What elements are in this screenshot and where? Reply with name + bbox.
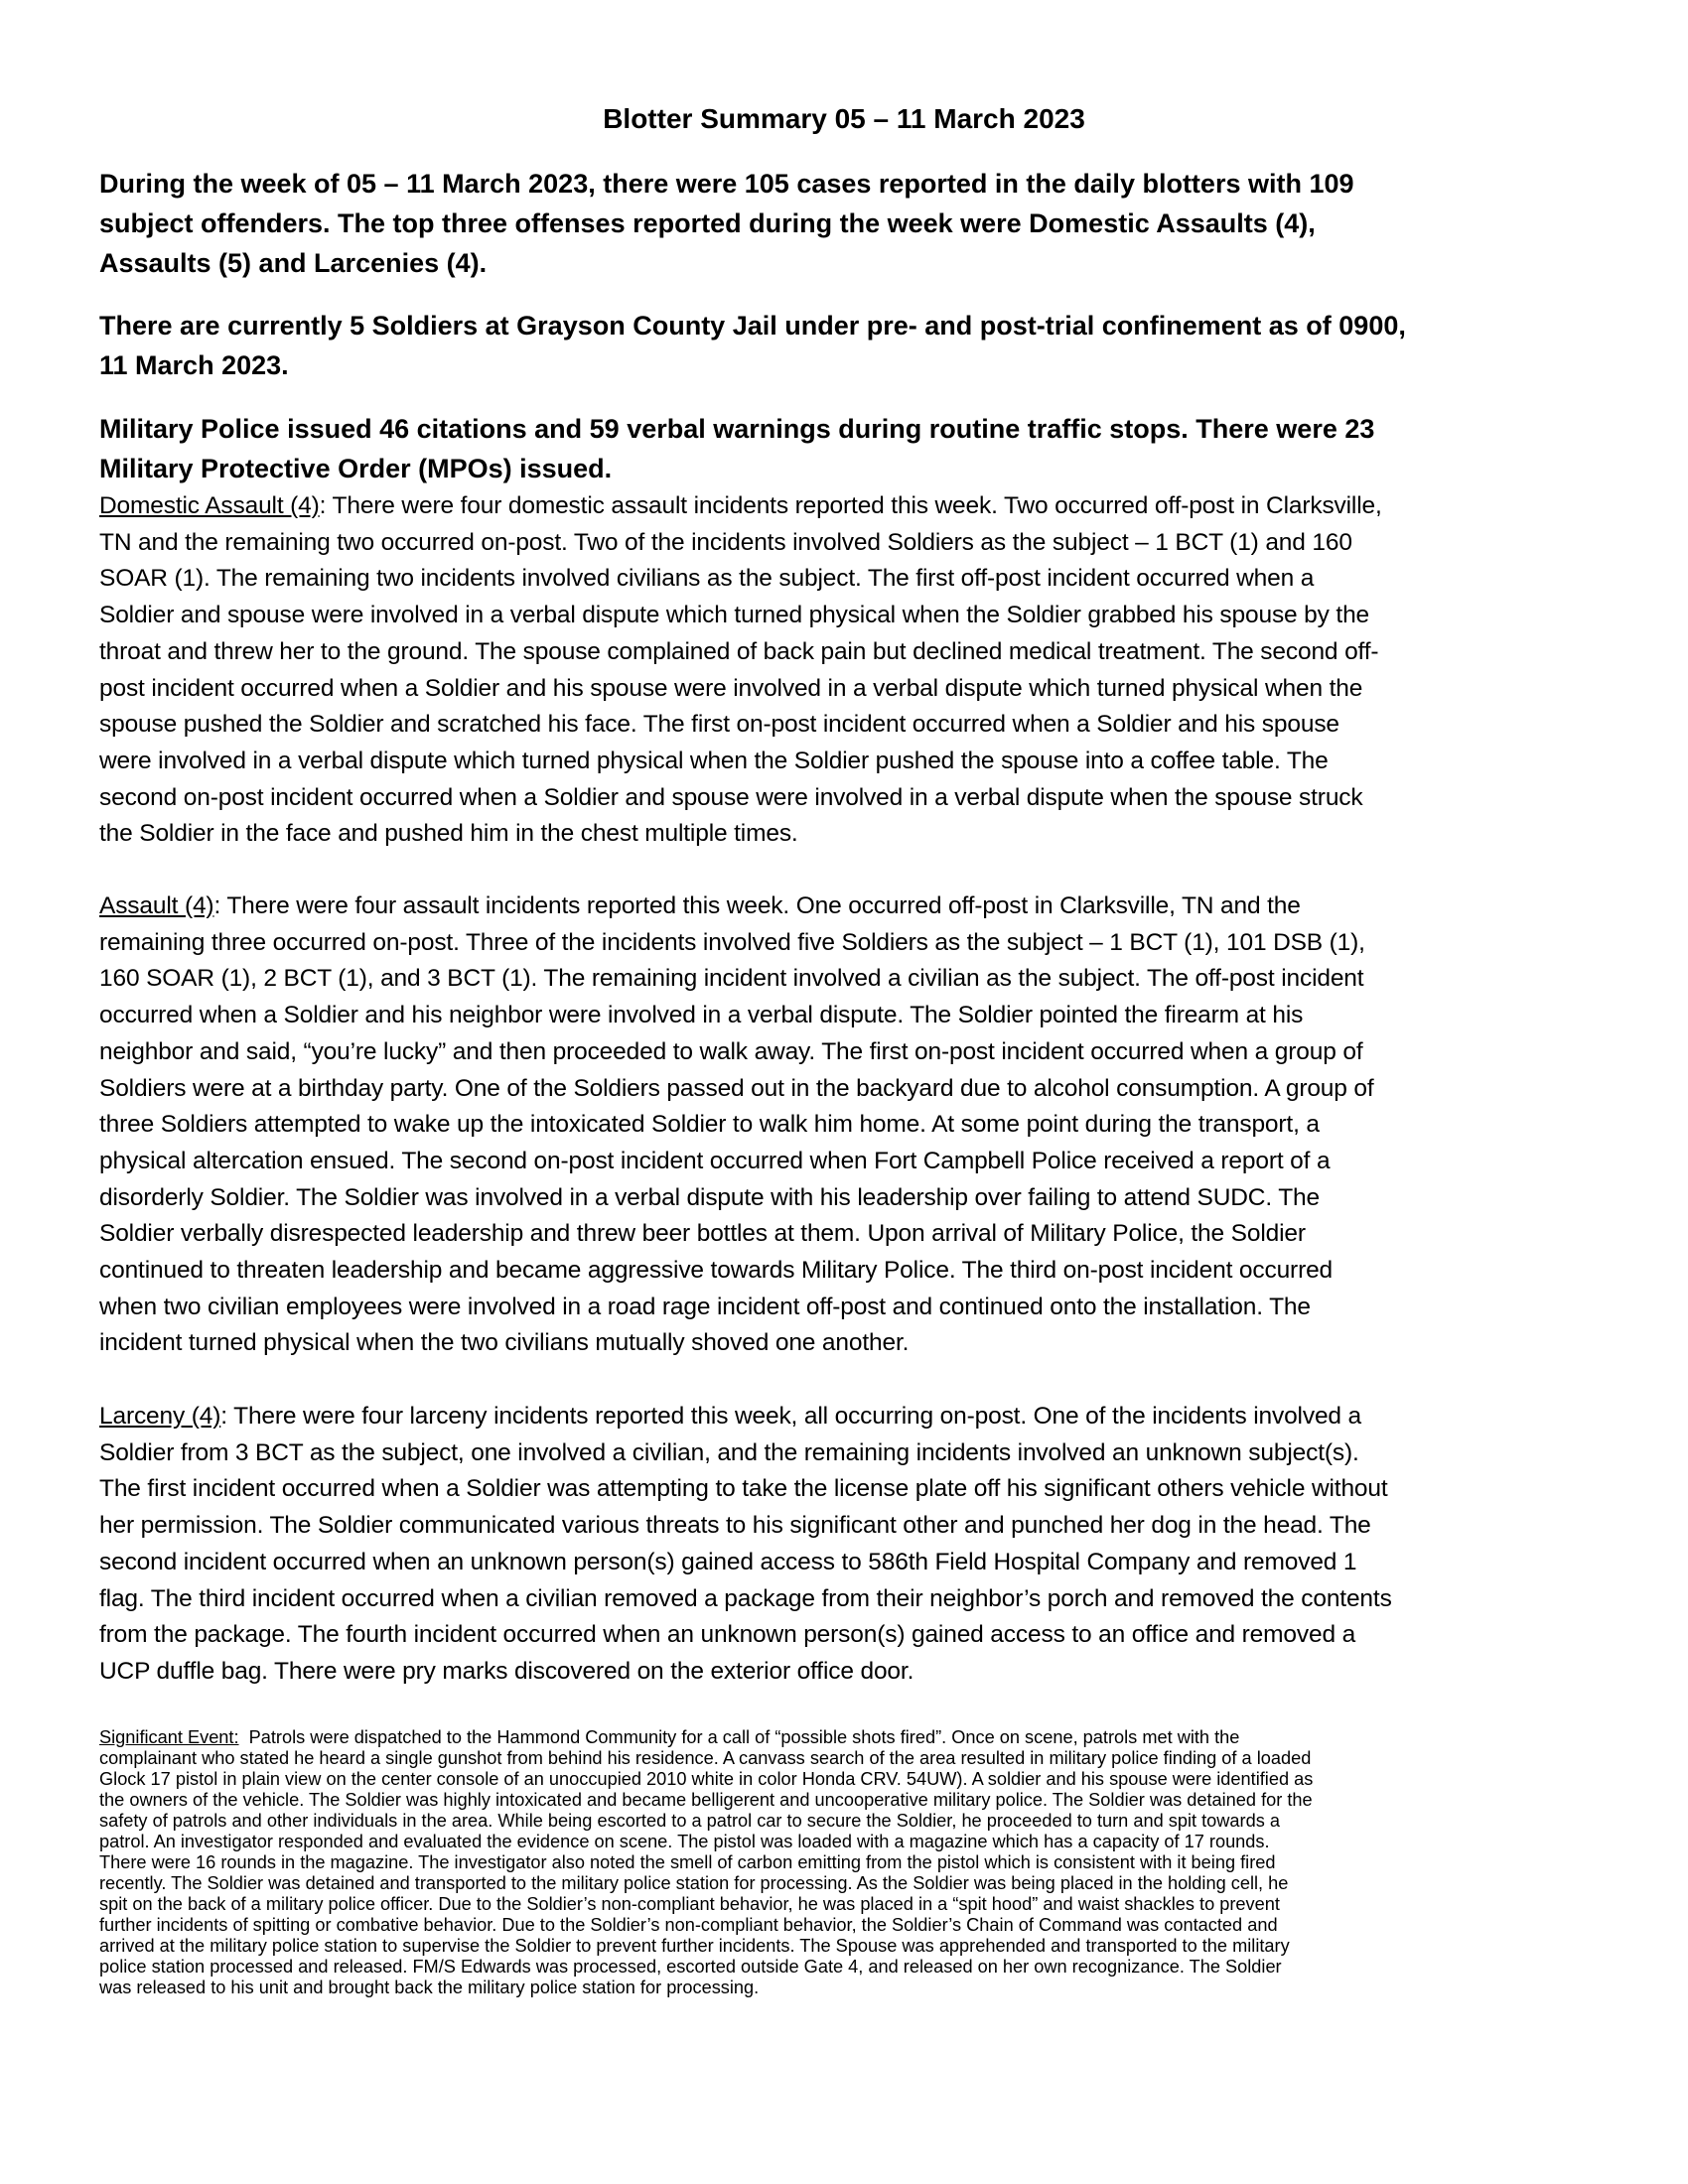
section-line: Soldier from 3 BCT as the subject, one i… <box>99 1435 1628 1472</box>
section-line: spouse pushed the Soldier and scratched … <box>99 707 1628 744</box>
section-line: post incident occurred when a Soldier an… <box>99 671 1628 708</box>
section-line: occurred when a Soldier and his neighbor… <box>99 998 1628 1034</box>
summary-traffic: Military Police issued 46 citations and … <box>99 409 1628 488</box>
section-line: continued to threaten leadership and bec… <box>99 1253 1628 1290</box>
section-line: second incident occurred when an unknown… <box>99 1545 1628 1581</box>
summary-confinement: There are currently 5 Soldiers at Grayso… <box>99 306 1628 385</box>
section-assault: Assault (4): There were four assault inc… <box>99 888 1628 1362</box>
section-line: There were 16 rounds in the magazine. Th… <box>99 1852 1628 1873</box>
section-line: the Soldier in the face and pushed him i… <box>99 816 1628 853</box>
summary-line: There are currently 5 Soldiers at Grayso… <box>99 306 1628 345</box>
section-line: flag. The third incident occurred when a… <box>99 1581 1628 1618</box>
section-line: arrived at the military police station t… <box>99 1936 1628 1957</box>
section-line: The first incident occurred when a Soldi… <box>99 1471 1628 1508</box>
summary-line: Assaults (5) and Larcenies (4). <box>99 243 1628 283</box>
section-line: further incidents of spitting or combati… <box>99 1915 1628 1936</box>
section-line: Glock 17 pistol in plain view on the cen… <box>99 1769 1628 1790</box>
section-line: when two civilian employees were involve… <box>99 1290 1628 1326</box>
section-line: was released to his unit and brought bac… <box>99 1978 1628 1998</box>
document-page: Blotter Summary 05 – 11 March 2023 Durin… <box>0 0 1688 2184</box>
section-line: Soldier and spouse were involved in a ve… <box>99 598 1628 634</box>
section-text: : There were four domestic assault incid… <box>320 492 1382 519</box>
summary-line: 11 March 2023. <box>99 345 1628 385</box>
section-text: Patrols were dispatched to the Hammond C… <box>239 1727 1240 1747</box>
section-first-line: Assault (4): There were four assault inc… <box>99 888 1628 925</box>
section-line: UCP duffle bag. There were pry marks dis… <box>99 1654 1628 1691</box>
section-text: : There were four assault incidents repo… <box>213 892 1300 919</box>
section-line: Soldiers were at a birthday party. One o… <box>99 1071 1628 1108</box>
summary-line: During the week of 05 – 11 March 2023, t… <box>99 164 1628 204</box>
section-line: safety of patrols and other individuals … <box>99 1811 1628 1832</box>
section-line: remaining three occurred on-post. Three … <box>99 925 1628 962</box>
section-first-line: Larceny (4): There were four larceny inc… <box>99 1399 1628 1435</box>
section-significant-event: Significant Event: Patrols were dispatch… <box>99 1727 1628 1998</box>
section-line: spit on the back of a military police of… <box>99 1894 1628 1915</box>
section-heading: Larceny (4) <box>99 1403 220 1430</box>
section-first-line: Domestic Assault (4): There were four do… <box>99 488 1628 525</box>
section-line: the owners of the vehicle. The Soldier w… <box>99 1790 1628 1811</box>
section-line: incident turned physical when the two ci… <box>99 1325 1628 1362</box>
summary-week-overview: During the week of 05 – 11 March 2023, t… <box>99 164 1628 283</box>
page-title: Blotter Summary 05 – 11 March 2023 <box>0 101 1688 137</box>
section-line: 160 SOAR (1), 2 BCT (1), and 3 BCT (1). … <box>99 961 1628 998</box>
section-heading: Domestic Assault (4) <box>99 492 320 519</box>
section-line: Soldier verbally disrespected leadership… <box>99 1216 1628 1253</box>
section-heading: Significant Event: <box>99 1727 239 1747</box>
section-line: second on-post incident occurred when a … <box>99 780 1628 817</box>
section-line: TN and the remaining two occurred on-pos… <box>99 525 1628 562</box>
section-line: throat and threw her to the ground. The … <box>99 634 1628 671</box>
summary-line: Military Police issued 46 citations and … <box>99 409 1628 449</box>
section-text: : There were four larceny incidents repo… <box>220 1403 1361 1430</box>
section-line: physical altercation ensued. The second … <box>99 1144 1628 1180</box>
section-line: police station processed and released. F… <box>99 1957 1628 1978</box>
section-line: SOAR (1). The remaining two incidents in… <box>99 561 1628 598</box>
section-line: her permission. The Soldier communicated… <box>99 1508 1628 1545</box>
section-line: patrol. An investigator responded and ev… <box>99 1832 1628 1852</box>
section-line: three Soldiers attempted to wake up the … <box>99 1107 1628 1144</box>
section-line: disorderly Soldier. The Soldier was invo… <box>99 1180 1628 1217</box>
summary-line: subject offenders. The top three offense… <box>99 204 1628 243</box>
section-domestic-assault: Domestic Assault (4): There were four do… <box>99 488 1628 853</box>
section-line: complainant who stated he heard a single… <box>99 1748 1628 1769</box>
section-line: from the package. The fourth incident oc… <box>99 1617 1628 1654</box>
section-line: neighbor and said, “you’re lucky” and th… <box>99 1034 1628 1071</box>
summary-line: Military Protective Order (MPOs) issued. <box>99 449 1628 488</box>
section-line: recently. The Soldier was detained and t… <box>99 1873 1628 1894</box>
section-heading: Assault (4) <box>99 892 213 919</box>
section-first-line: Significant Event: Patrols were dispatch… <box>99 1727 1628 1748</box>
section-larceny: Larceny (4): There were four larceny inc… <box>99 1399 1628 1691</box>
section-line: were involved in a verbal dispute which … <box>99 744 1628 780</box>
